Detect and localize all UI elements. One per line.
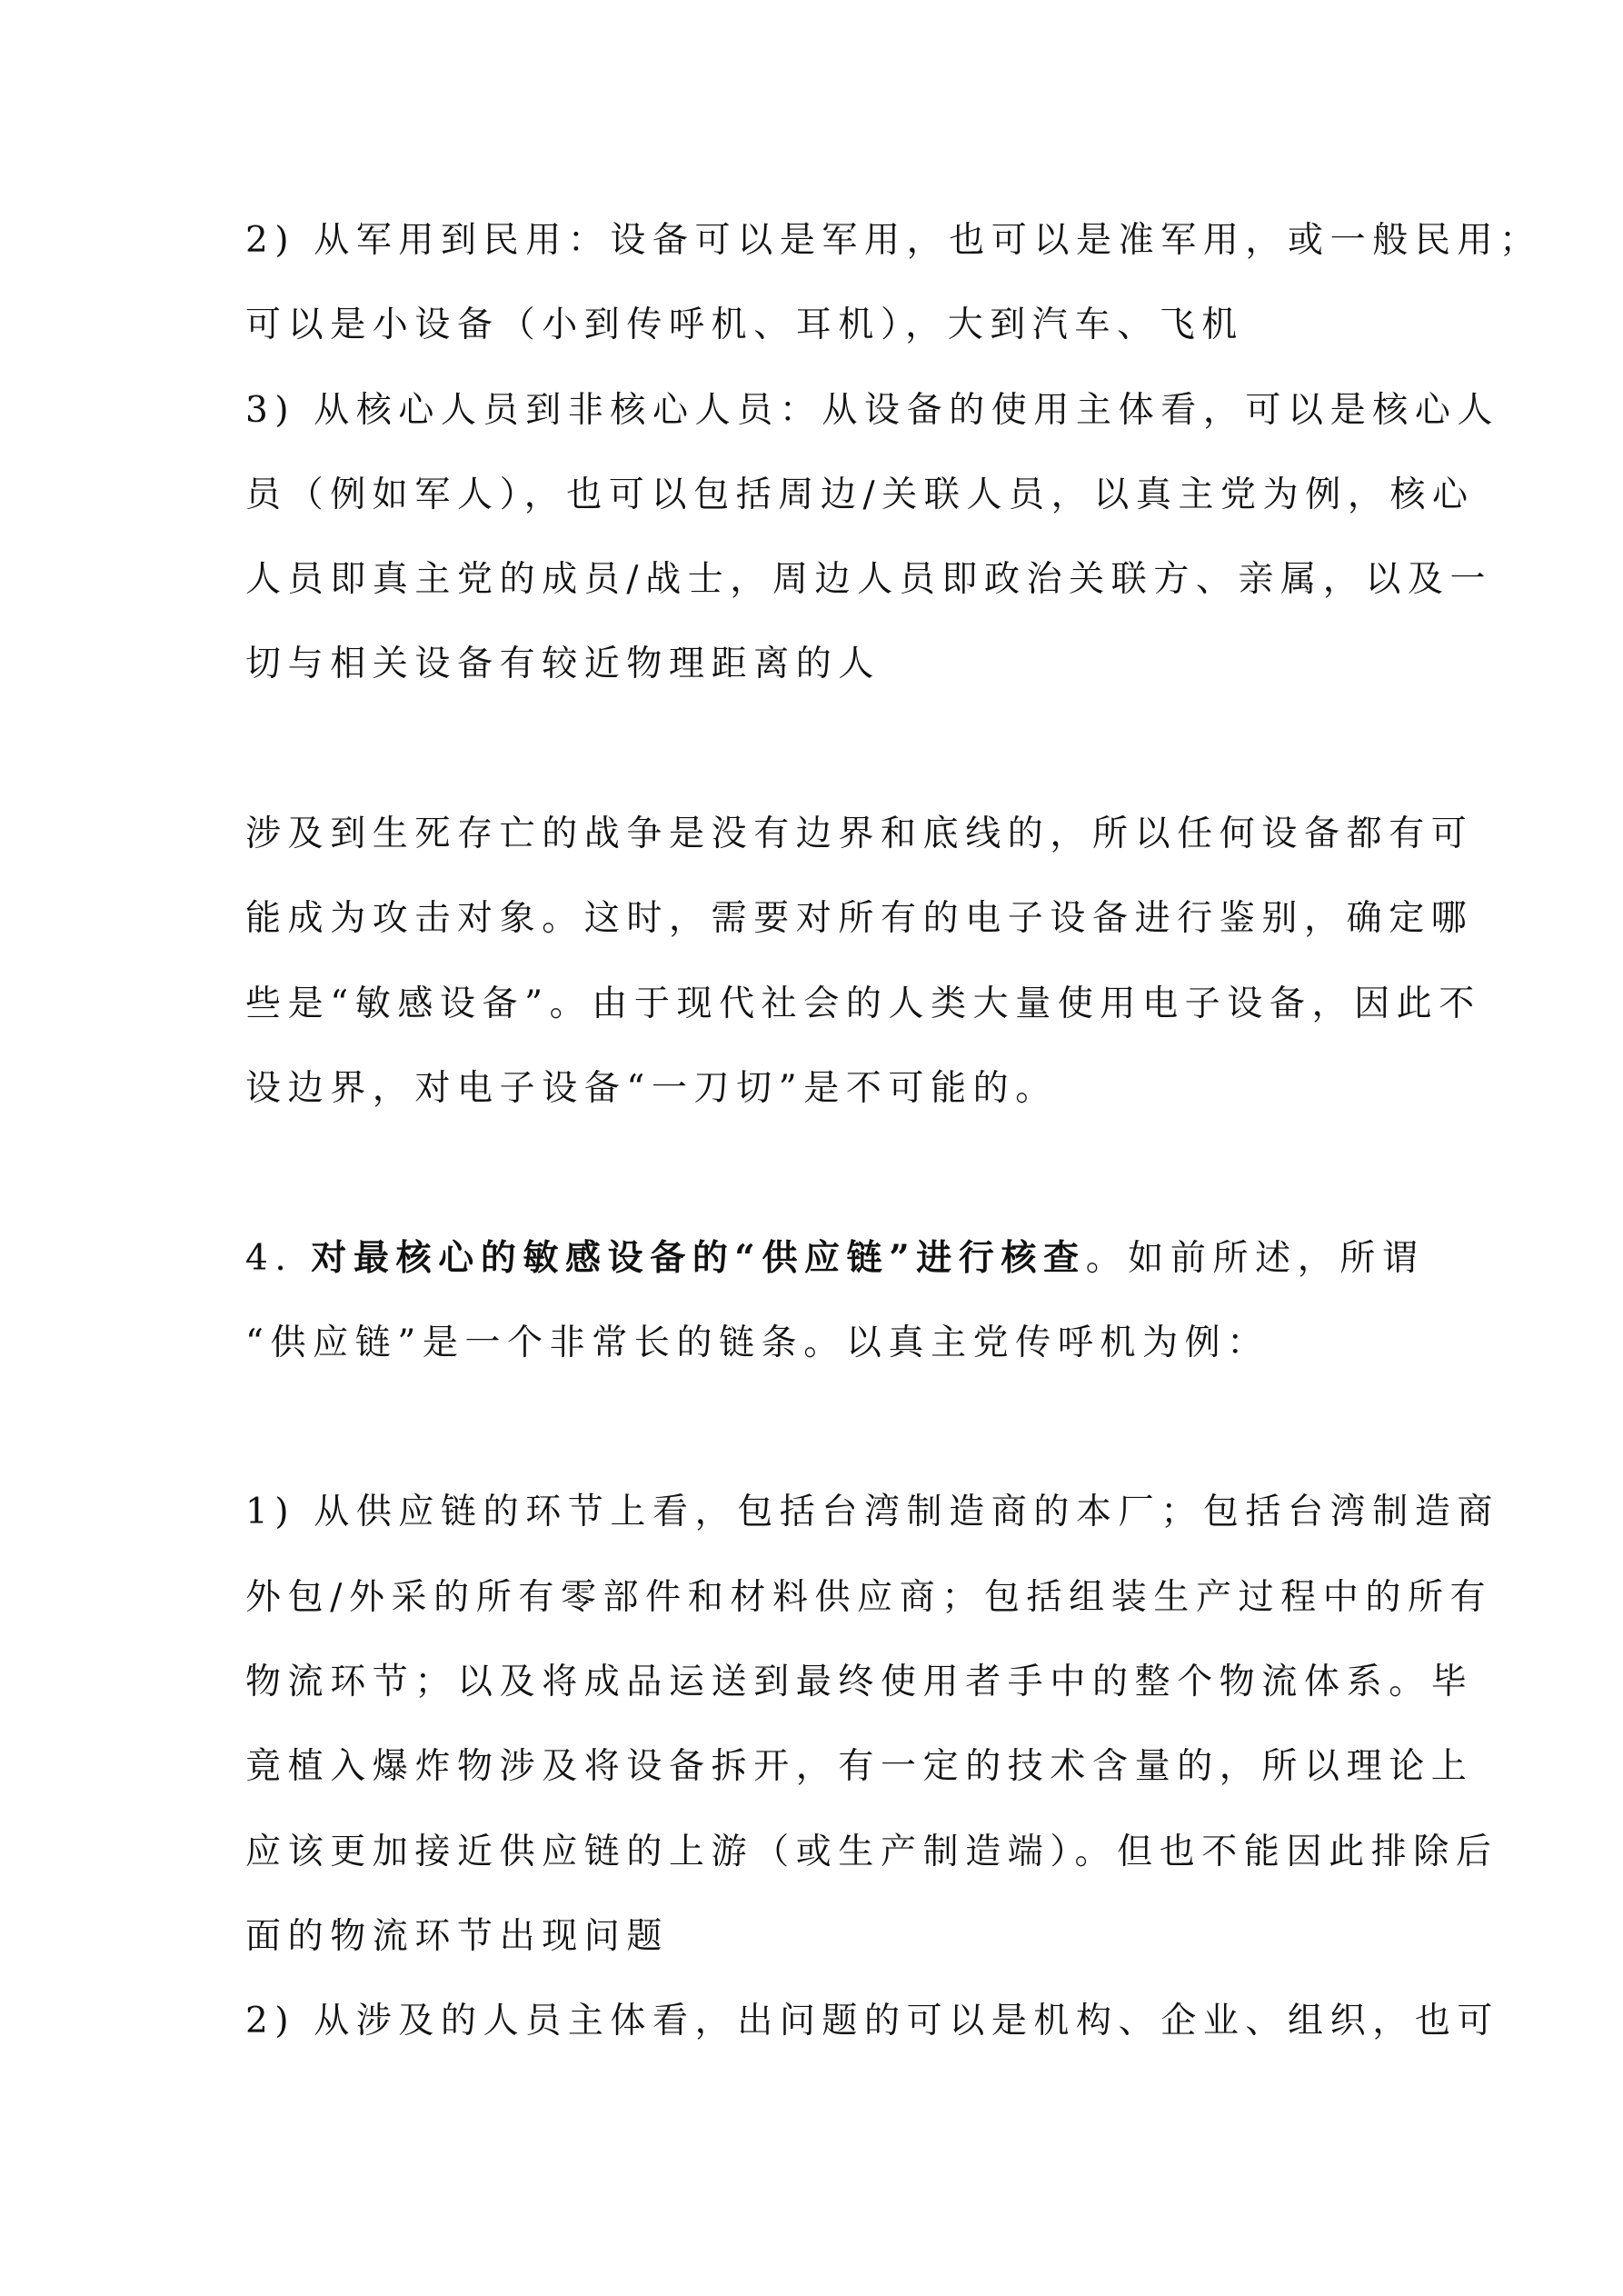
paragraph-war-no-boundary: 涉及到生死存亡的战争是没有边界和底线的，所以任何设备都有可 能成为攻击对象。这时… xyxy=(245,792,1381,1131)
text-line: 1) 从供应链的环节上看，包括台湾制造商的本厂；包括台湾制造商 xyxy=(245,1470,1381,1554)
text-line: 3) 从核心人员到非核心人员：从设备的使用主体看，可以是核心人 xyxy=(245,368,1381,453)
paragraph-spacer xyxy=(245,1385,1381,1470)
text-line: 竟植入爆炸物涉及将设备拆开，有一定的技术含量的，所以理论上 xyxy=(245,1724,1381,1809)
text-line: 面的物流环节出现问题 xyxy=(245,1894,1381,1979)
text-line: 员（例如军人），也可以包括周边/关联人员，以真主党为例，核心 xyxy=(245,453,1381,537)
document-page: 2) 从军用到民用：设备可以是军用，也可以是准军用，或一般民用； 可以是小设备（… xyxy=(245,198,1381,2064)
paragraph-spacer xyxy=(245,1131,1381,1215)
text-line: 设边界，对电子设备“一刀切”是不可能的。 xyxy=(245,1046,1381,1131)
section-heading-bold: 对最核心的敏感设备的“供应链”进行核查 xyxy=(311,1237,1085,1279)
text-line: 可以是小设备（小到传呼机、耳机），大到汽车、飞机 xyxy=(245,283,1381,367)
text-line: 2) 从涉及的人员主体看，出问题的可以是机构、企业、组织，也可 xyxy=(245,1979,1381,2063)
section-number: 4. xyxy=(245,1238,311,1279)
text-line: 切与相关设备有较近物理距离的人 xyxy=(245,622,1381,706)
text-line: “供应链”是一个非常长的链条。以真主党传呼机为例： xyxy=(245,1301,1381,1385)
text-line: 人员即真主党的成员/战士，周边人员即政治关联方、亲属，以及一 xyxy=(245,537,1381,622)
paragraph-core-personnel: 3) 从核心人员到非核心人员：从设备的使用主体看，可以是核心人 员（例如军人），… xyxy=(245,368,1381,707)
paragraph-spacer xyxy=(245,707,1381,792)
section-4-supply-chain: 4. 对最核心的敏感设备的“供应链”进行核查。如前所述，所谓 “供应链”是一个非… xyxy=(245,1216,1381,1386)
text-line: 物流环节；以及将成品运送到最终使用者手中的整个物流体系。毕 xyxy=(245,1640,1381,1724)
text-line: 2) 从军用到民用：设备可以是军用，也可以是准军用，或一般民用； xyxy=(245,198,1381,283)
text-line: 外包/外采的所有零部件和材料供应商；包括组装生产过程中的所有 xyxy=(245,1555,1381,1640)
text-line: 涉及到生死存亡的战争是没有边界和底线的，所以任何设备都有可 xyxy=(245,792,1381,876)
paragraph-military-civil: 2) 从军用到民用：设备可以是军用，也可以是准军用，或一般民用； 可以是小设备（… xyxy=(245,198,1381,368)
paragraph-supply-chain-links: 1) 从供应链的环节上看，包括台湾制造商的本厂；包括台湾制造商 外包/外采的所有… xyxy=(245,1470,1381,1979)
section-heading-rest: 。如前所述，所谓 xyxy=(1086,1238,1425,1279)
text-line: 些是“敏感设备”。由于现代社会的人类大量使用电子设备，因此不 xyxy=(245,962,1381,1046)
text-line: 能成为攻击对象。这时，需要对所有的电子设备进行鉴别，确定哪 xyxy=(245,876,1381,961)
section-heading-line: 4. 对最核心的敏感设备的“供应链”进行核查。如前所述，所谓 xyxy=(245,1216,1381,1301)
text-line: 应该更加接近供应链的上游（或生产制造端）。但也不能因此排除后 xyxy=(245,1810,1381,1894)
paragraph-personnel-subjects: 2) 从涉及的人员主体看，出问题的可以是机构、企业、组织，也可 xyxy=(245,1979,1381,2063)
